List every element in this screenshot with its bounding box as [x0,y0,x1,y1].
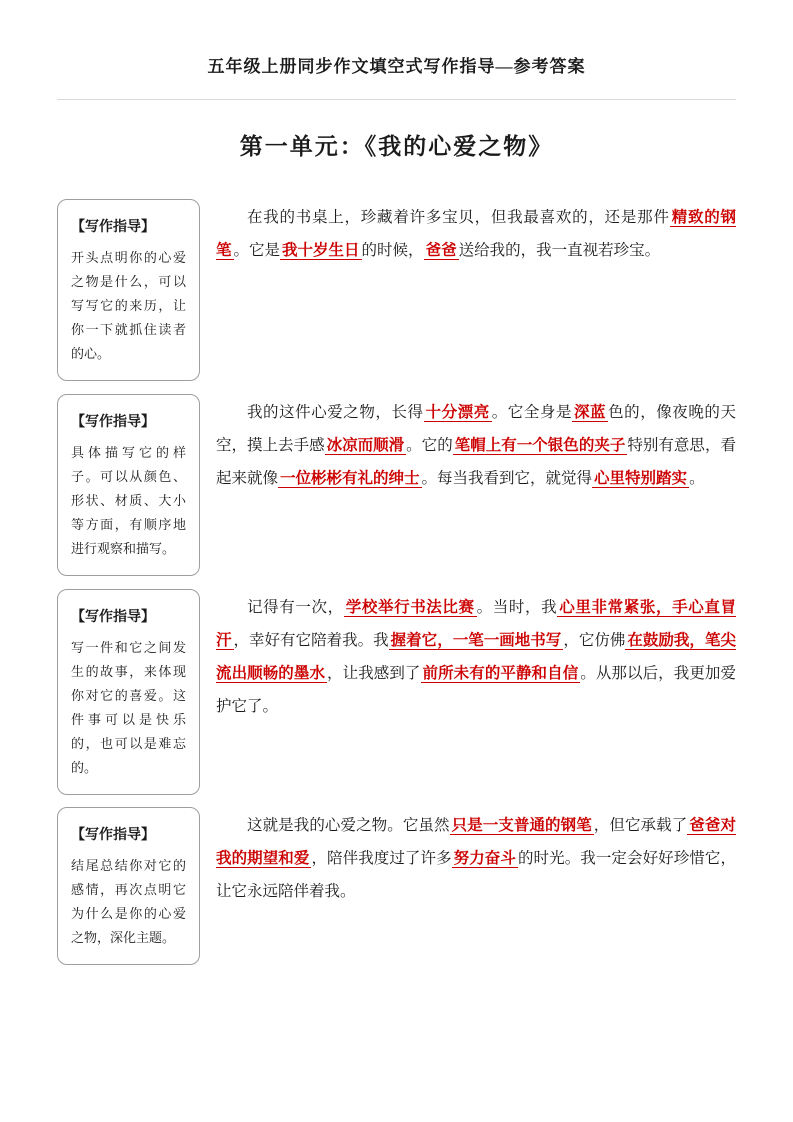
writing-guide-box: 【写作指导】 开头点明你的心爱之物是什么，可以写写它的来历，让你一下就抓住读者的… [57,199,200,381]
paragraph-text: ，但它承载了 [594,817,688,834]
document-header: 五年级上册同步作文填空式写作指导—参考答案 [57,52,736,77]
paragraph-text: 我的这件心爱之物，长得 [247,404,424,421]
writing-guide-box: 【写作指导】 写一件和它之间发生的故事，来体现你对它的喜爱。这件事可以是快乐的，… [57,589,200,795]
header-divider [57,99,736,100]
writing-guide-text: 具体描写它的样子。可以从颜色、形状、材质、大小等方面，有顺序地进行观察和描写。 [71,441,186,561]
writing-guide-text: 写一件和它之间发生的故事，来体现你对它的喜爱。这件事可以是快乐的，也可以是难忘的… [71,636,186,780]
answer-blank: 心里特别踏实 [592,470,689,488]
document-page: 五年级上册同步作文填空式写作指导—参考答案 第一单元：《我的心爱之物》 【写作指… [0,0,793,1122]
writing-guide-label: 【写作指导】 [71,606,186,626]
writing-guide-label: 【写作指导】 [71,824,186,844]
answer-blank: 前所未有的平静和自信 [421,665,581,683]
paragraph-text: ，陪伴我度过了许多 [311,850,451,867]
writing-guide-box: 【写作指导】 具体描写它的样子。可以从颜色、形状、材质、大小等方面，有顺序地进行… [57,394,200,576]
answer-blank: 努力奋斗 [452,850,518,868]
section-appearance: 【写作指导】 具体描写它的样子。可以从颜色、形状、材质、大小等方面，有顺序地进行… [57,394,736,589]
paragraph-text: 。每当我看到它，就觉得 [422,470,593,487]
answer-blank: 只是一支普通的钢笔 [450,817,594,835]
paragraph-text: 记得有一次， [247,599,344,616]
answer-blank: 学校举行书法比赛 [344,599,477,617]
sections-container: 【写作指导】 开头点明你的心爱之物是什么，可以写写它的来历，让你一下就抓住读者的… [57,199,736,967]
paragraph-text: 送给我的，我一直视若珍宝。 [459,242,661,259]
paragraph-text: 这就是我的心爱之物。它虽然 [247,817,450,834]
writing-guide-box: 【写作指导】 结尾总结你对它的感情，再次点明它为什么是你的心爱之物，深化主题。 [57,807,200,965]
paragraph-text: 。当时，我 [477,599,558,616]
essay-paragraph: 在我的书桌上，珍藏着许多宝贝，但我最喜欢的，还是那件精致的钢笔。它是我十岁生日的… [216,201,736,267]
paragraph-text: 在我的书桌上，珍藏着许多宝贝，但我最喜欢的，还是那件 [247,209,670,226]
writing-guide-label: 【写作指导】 [71,216,186,236]
answer-blank: 我十岁生日 [280,242,362,260]
unit-title: 第一单元：《我的心爱之物》 [57,128,736,161]
answer-blank: 冰凉而顺滑 [325,437,407,455]
paragraph-text: ，让我感到了 [327,665,420,682]
writing-guide-text: 开头点明你的心爱之物是什么，可以写写它的来历，让你一下就抓住读者的心。 [71,246,186,366]
essay-paragraph: 这就是我的心爱之物。它虽然只是一支普通的钢笔，但它承载了爸爸对我的期望和爱，陪伴… [216,809,736,908]
writing-guide-label: 【写作指导】 [71,411,186,431]
paragraph-text: ，它仿佛 [563,632,625,649]
paragraph-text: 。它全身是 [492,404,572,421]
essay-paragraph: 我的这件心爱之物，长得十分漂亮。它全身是深蓝色的，像夜晚的天空，摸上去手感冰凉而… [216,396,736,495]
section-ending: 【写作指导】 结尾总结你对它的感情，再次点明它为什么是你的心爱之物，深化主题。 … [57,807,736,967]
essay-paragraph: 记得有一次，学校举行书法比赛。当时，我心里非常紧张，手心直冒汗，幸好有它陪着我。… [216,591,736,723]
answer-blank: 爸爸 [424,242,459,260]
paragraph-text: 。 [689,470,705,487]
answer-blank: 握着它，一笔一画地书写 [389,632,564,650]
section-opening: 【写作指导】 开头点明你的心爱之物是什么，可以写写它的来历，让你一下就抓住读者的… [57,199,736,394]
answer-blank: 一位彬彬有礼的绅士 [278,470,422,488]
paragraph-text: 。它的 [406,437,453,454]
paragraph-text: 。它是 [234,242,281,259]
writing-guide-text: 结尾总结你对它的感情，再次点明它为什么是你的心爱之物，深化主题。 [71,854,186,950]
answer-blank: 笔帽上有一个银色的夹子 [453,437,628,455]
answer-blank: 十分漂亮 [424,404,492,422]
paragraph-text: 的时候， [362,242,424,259]
section-story: 【写作指导】 写一件和它之间发生的故事，来体现你对它的喜爱。这件事可以是快乐的，… [57,589,736,807]
paragraph-text: ，幸好有它陪着我。我 [234,632,389,649]
answer-blank: 深蓝 [572,404,608,422]
